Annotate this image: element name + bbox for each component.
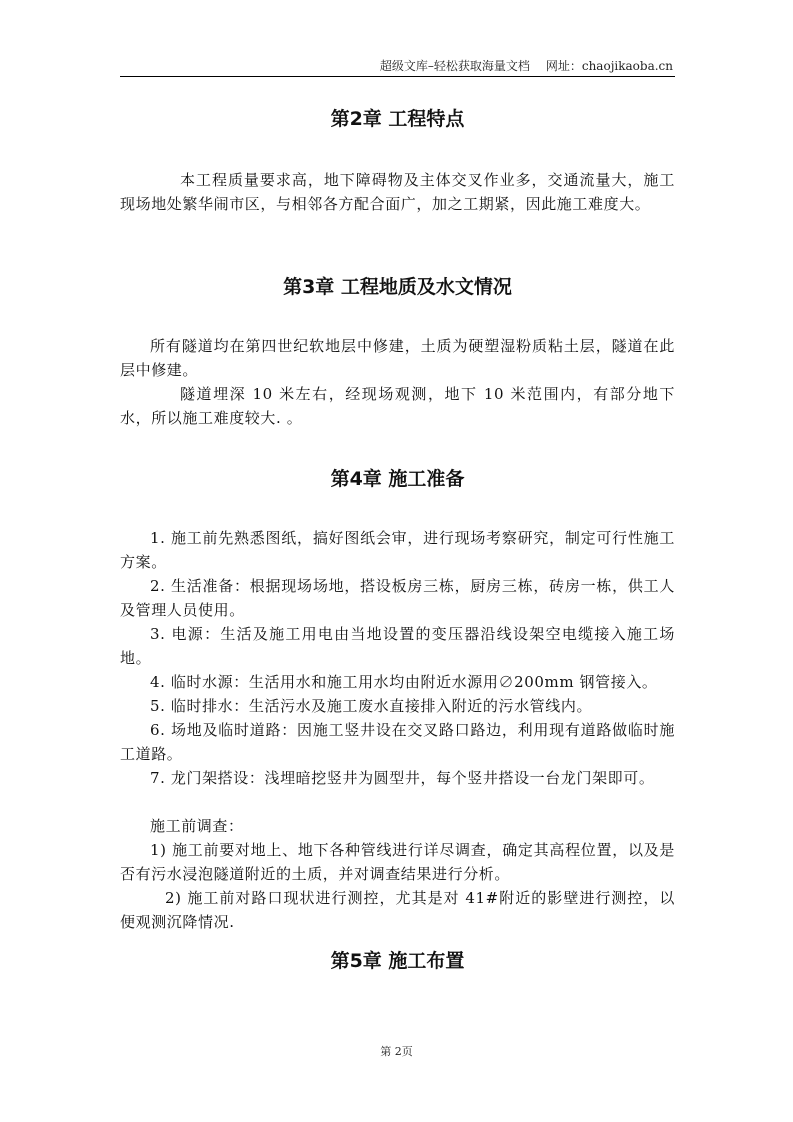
chapter-4-item-4: 4. 临时水源：生活用水和施工用水均由附近水源用∅200mm 钢管接入。 bbox=[120, 670, 675, 694]
chapter-4-item-3: 3. 电源：生活及施工用电由当地设置的变压器沿线设架空电缆接入施工场地。 bbox=[120, 622, 675, 670]
page-number: 第 2页 bbox=[0, 1043, 793, 1059]
chapter-3-paragraph-1: 所有隧道均在第四世纪软地层中修建，土质为硬塑湿粉质粘土层，隧道在此层中修建。 bbox=[120, 334, 675, 382]
chapter-2-paragraph-1: 本工程质量要求高，地下障碍物及主体交叉作业多，交通流量大，施工现场地处繁华闹市区… bbox=[120, 168, 675, 216]
page-header: 超级文库–轻松获取海量文档网址：chaojikaoba.cn bbox=[120, 56, 675, 77]
chapter-5-heading: 第5章 施工布置 bbox=[120, 946, 675, 973]
header-site-name: 超级文库–轻松获取海量文档 bbox=[380, 59, 530, 73]
chapter-4-item-5: 5. 临时排水：生活污水及施工废水直接排入附近的污水管线内。 bbox=[120, 694, 675, 718]
chapter-4-item-2: 2. 生活准备：根据现场场地，搭设板房三栋，厨房三栋，砖房一栋，供工人及管理人员… bbox=[120, 574, 675, 622]
chapter-4-item-7: 7. 龙门架搭设：浅埋暗挖竖井为圆型井，每个竖井搭设一台龙门架即可。 bbox=[120, 766, 675, 790]
chapter-4-item-1: 1. 施工前先熟悉图纸，搞好图纸会审，进行现场考察研究，制定可行性施工方案。 bbox=[120, 526, 675, 574]
chapter-3-paragraph-2: 隧道埋深 10 米左右，经现场观测，地下 10 米范围内，有部分地下水，所以施工… bbox=[120, 382, 675, 430]
chapter-4-item-6: 6. 场地及临时道路：因施工竖井设在交叉路口路边，利用现有道路做临时施工道路。 bbox=[120, 718, 675, 766]
chapter-2-heading: 第2章 工程特点 bbox=[120, 104, 675, 131]
survey-item-1: 1) 施工前要对地上、地下各种管线进行详尽调查，确定其高程位置，以及是否有污水浸… bbox=[120, 838, 675, 886]
pre-construction-survey-label: 施工前调查： bbox=[120, 814, 675, 838]
header-text: 超级文库–轻松获取海量文档网址：chaojikaoba.cn bbox=[380, 57, 673, 74]
survey-item-2: 2) 施工前对路口现状进行测控，尤其是对 41#附近的影壁进行测控，以便观测沉降… bbox=[120, 886, 675, 934]
chapter-4-heading: 第4章 施工准备 bbox=[120, 464, 675, 491]
chapter-3-heading: 第3章 工程地质及水文情况 bbox=[120, 272, 675, 299]
header-url: 网址：chaojikaoba.cn bbox=[546, 59, 673, 73]
